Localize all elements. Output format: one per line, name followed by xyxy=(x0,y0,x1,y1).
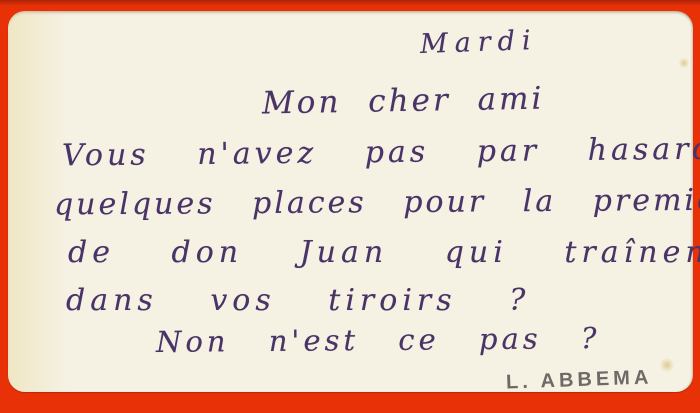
stain-spot xyxy=(679,57,689,69)
body-line: quelques places pour la première xyxy=(54,183,700,223)
salutation: Mon cher ami xyxy=(262,81,545,122)
body-line: de don Juan qui traînent xyxy=(68,235,700,270)
body-line: dans vos tiroirs ? xyxy=(66,283,530,318)
red-mat-background: Mardi Mon cher ami Vous n'avez pas par h… xyxy=(0,0,700,413)
signature: L. ABBEMA xyxy=(506,366,653,394)
stain-spot xyxy=(659,358,675,372)
handwritten-card: Mardi Mon cher ami Vous n'avez pas par h… xyxy=(8,11,693,392)
date-line: Mardi xyxy=(419,25,538,60)
body-line: Non n'est ce pas ? xyxy=(156,321,601,359)
body-line: Vous n'avez pas par hasard xyxy=(62,132,700,174)
